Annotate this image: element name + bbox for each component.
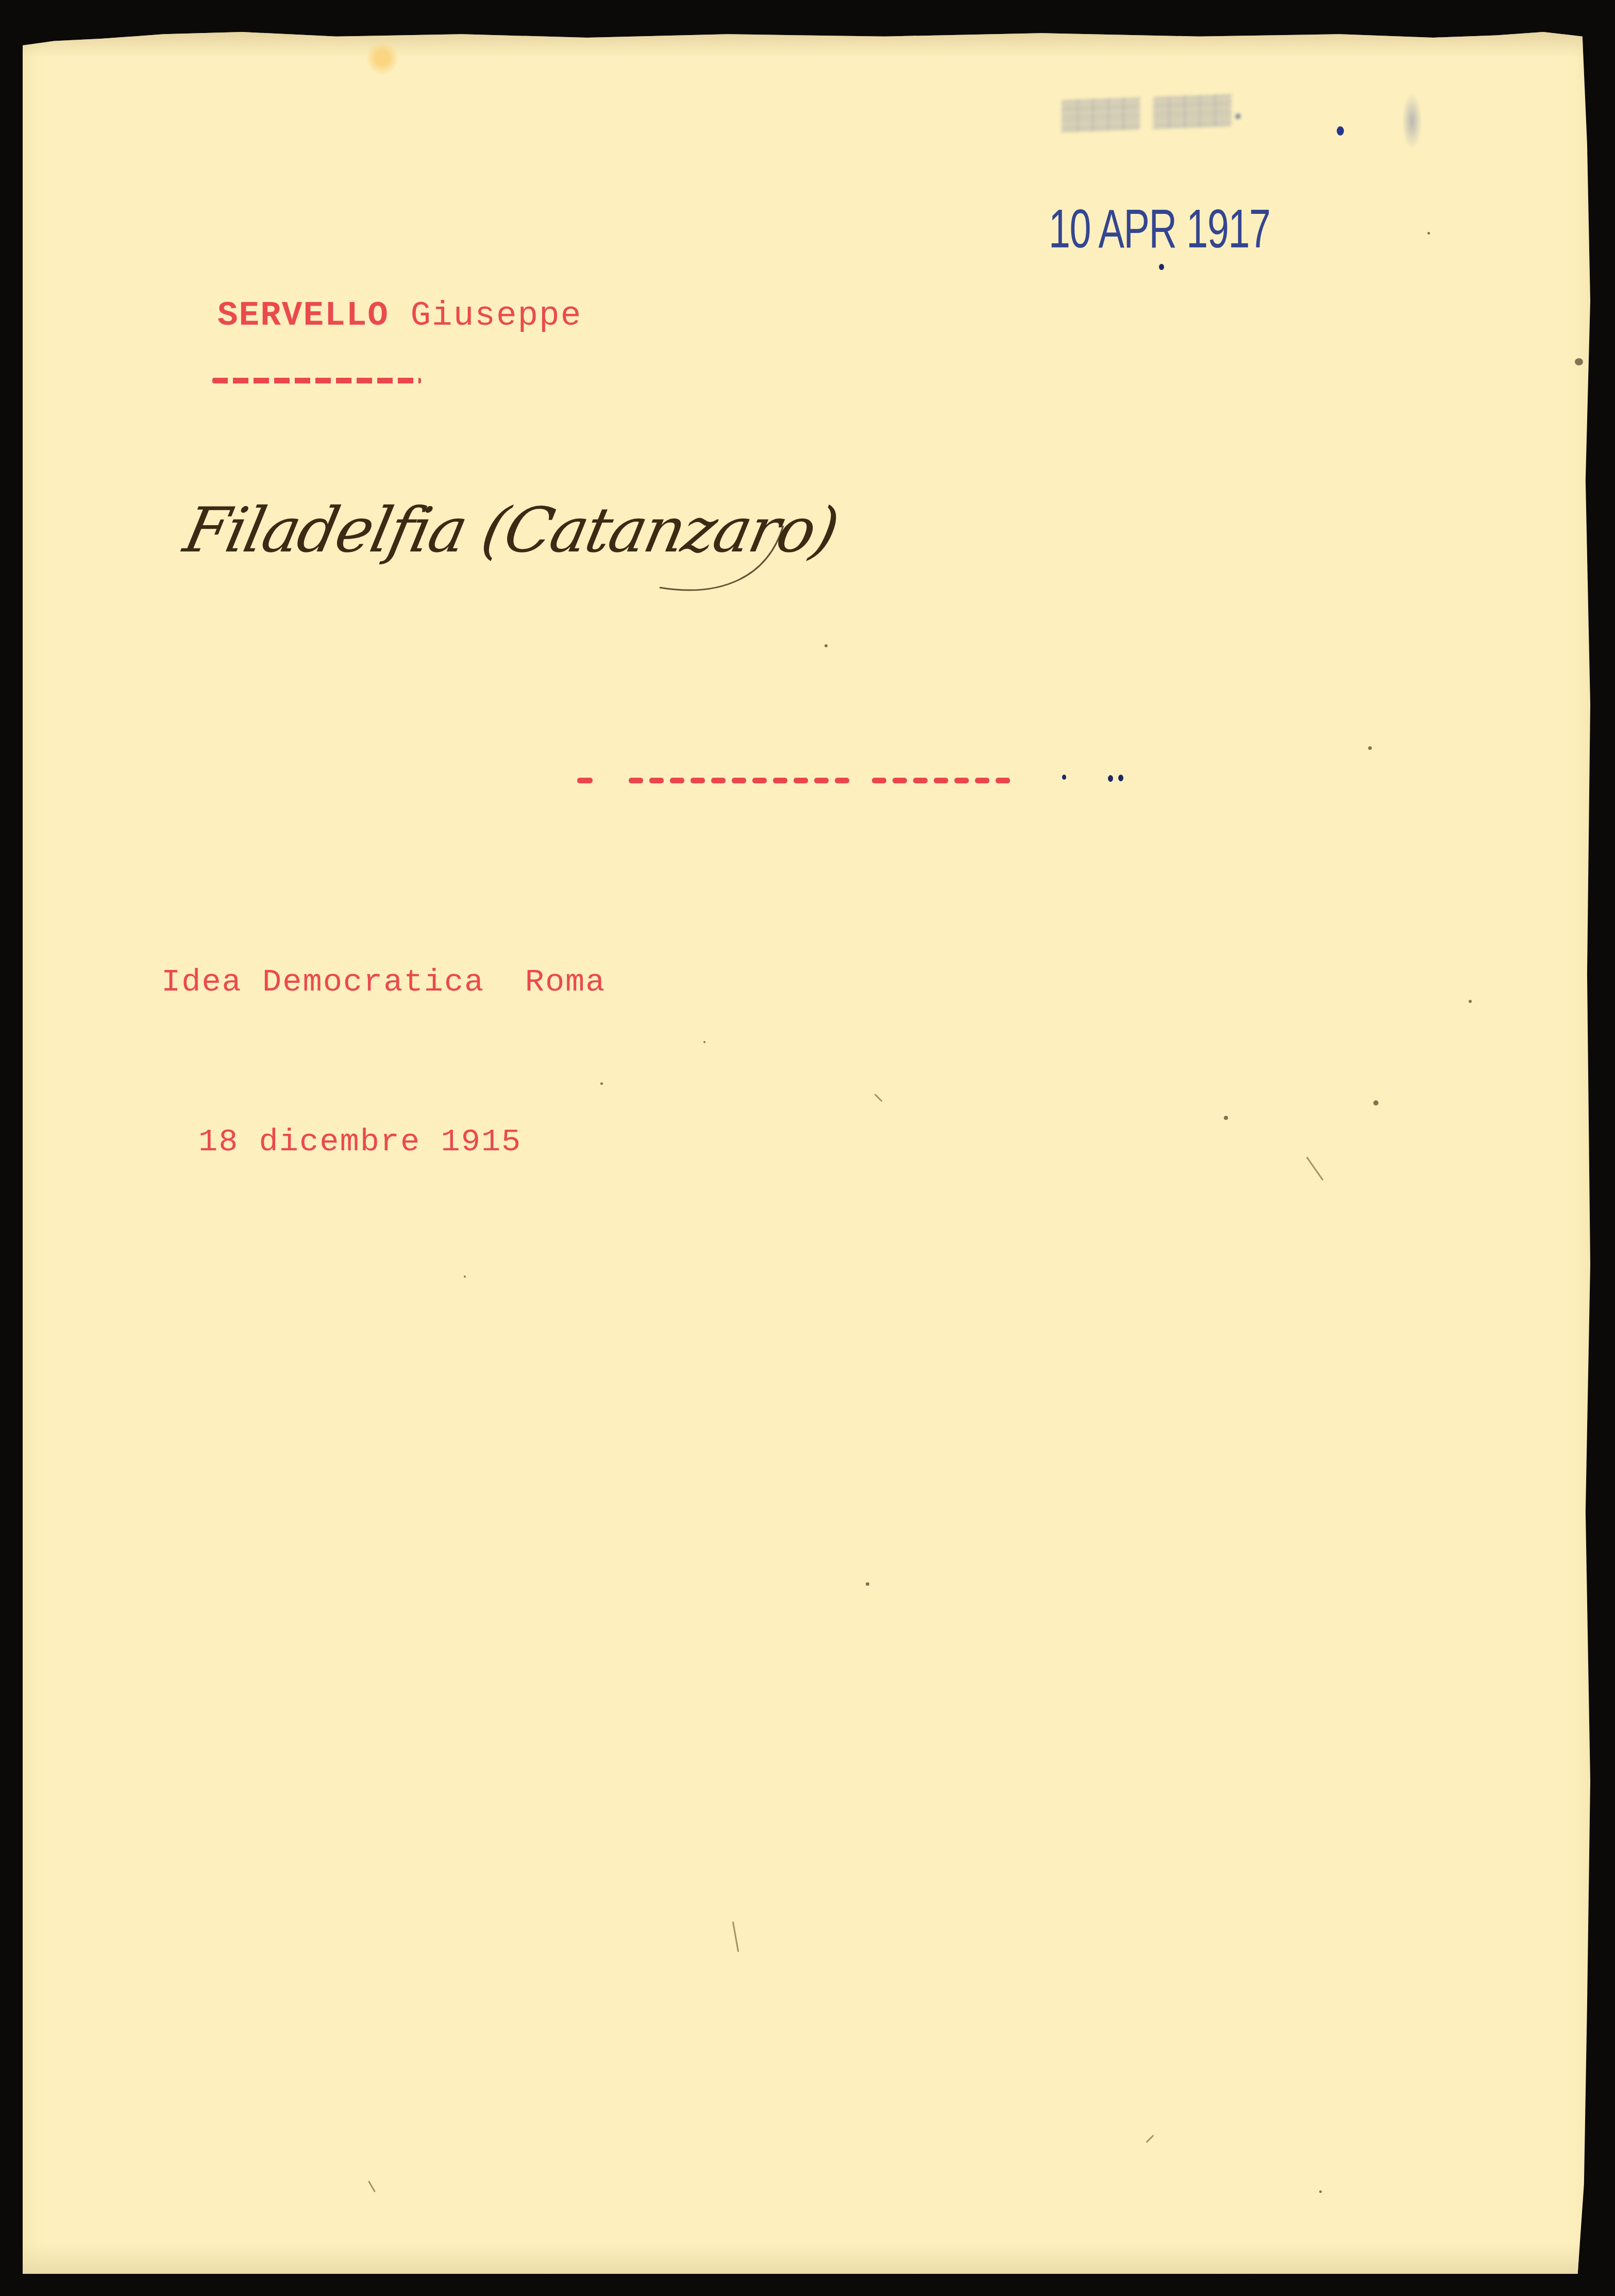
paper-speck xyxy=(464,1276,466,1278)
dash-mark xyxy=(649,778,664,783)
paper-edge-bottom xyxy=(23,2243,1590,2274)
dash-mark xyxy=(670,778,684,783)
dash-mark xyxy=(934,778,948,783)
dash-mark xyxy=(835,778,849,783)
dash-mark xyxy=(732,778,746,783)
publication-source: Idea Democratica Roma xyxy=(161,964,606,1000)
stamp-dot xyxy=(1337,126,1344,136)
stamp-header-smudged: ▒▒▒▒▒ ▒▒▒▒▒. xyxy=(1062,90,1350,157)
paper-speck xyxy=(703,1041,705,1043)
paper-speck xyxy=(1368,746,1372,750)
dash-mark xyxy=(577,778,593,783)
stamp-faint-mark xyxy=(1402,93,1422,149)
dash-mark xyxy=(913,778,928,783)
dash-mark xyxy=(893,778,907,783)
dash-mark xyxy=(711,778,726,783)
subject-name: SERVELLO Giuseppe xyxy=(217,296,582,335)
handwritten-place: Filadelfia (Catanzaro) xyxy=(180,464,850,618)
name-underline xyxy=(212,378,421,383)
dash-mark xyxy=(752,778,767,783)
dash-mark xyxy=(691,778,705,783)
received-date-stamp: 10 APR 1917 xyxy=(1049,198,1270,260)
publication-date: 18 dicembre 1915 xyxy=(198,1124,521,1160)
paper-speck xyxy=(1224,1116,1228,1120)
ink-dot xyxy=(1108,775,1113,782)
subject-surname: SERVELLO xyxy=(217,296,389,335)
dash-mark xyxy=(629,778,643,783)
paper-edge-top xyxy=(23,32,1590,58)
dash-mark xyxy=(996,778,1010,783)
dash-mark xyxy=(872,778,886,783)
paper-speck xyxy=(866,1582,869,1586)
ink-dot xyxy=(1062,775,1066,780)
subject-given-name: Giuseppe xyxy=(410,296,582,335)
paper-speck xyxy=(600,1082,603,1085)
paper-speck xyxy=(825,644,828,647)
dash-mark xyxy=(773,778,787,783)
dash-mark xyxy=(814,778,829,783)
stamp-dot xyxy=(1159,264,1164,270)
handwriting-flourish xyxy=(180,464,850,618)
dash-mark xyxy=(954,778,969,783)
paper-speck xyxy=(1319,2190,1322,2193)
dash-mark xyxy=(794,778,808,783)
paper-speck xyxy=(1469,1000,1472,1003)
paper-speck xyxy=(1575,358,1583,365)
paper-speck xyxy=(1373,1100,1378,1105)
foxing-stain xyxy=(367,42,398,74)
ink-dot xyxy=(1118,775,1123,781)
dash-mark xyxy=(975,778,989,783)
paper-speck xyxy=(1427,232,1430,234)
